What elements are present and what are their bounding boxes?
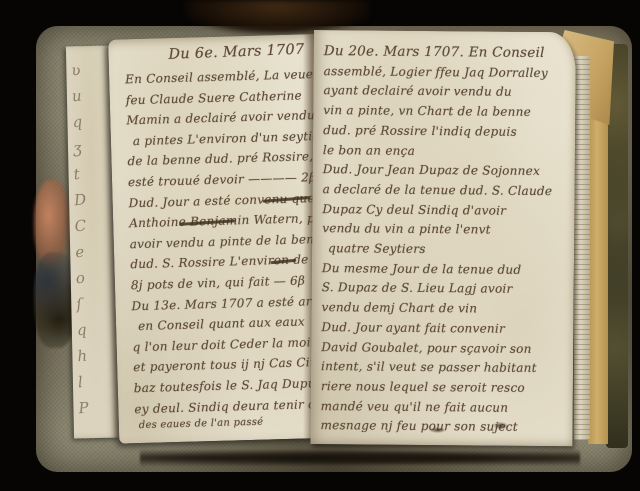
stroke-fragment: P: [77, 393, 109, 422]
manuscript-line: Dud. Jour ayant fait convenir: [321, 318, 571, 340]
right-page-text: Du 20e. Mars 1707. En Conseil assemblé, …: [320, 42, 573, 438]
page-heading: Du 20e. Mars 1707. En Conseil: [324, 42, 574, 64]
manuscript-line: intent, s'il veut se passer habitant: [321, 357, 571, 379]
left-page-text: Du 6e. Mars 1707 En Conseil assemblé, La…: [124, 42, 325, 432]
stroke-fragment: e: [74, 237, 106, 266]
manuscript-line: Du mesme Jour de la tenue dud: [322, 259, 572, 281]
right-page: Du 20e. Mars 1707. En Conseil assemblé, …: [310, 30, 576, 446]
manuscript-line: riere nous lequel se seroit resco: [321, 377, 571, 399]
manuscript-line: assemblé, Logier ffeu Jaq Dorralley: [324, 62, 574, 84]
manuscript-book-photo: ʋ u q ʒ t D C e o ſ q h l P Du 6e. Mars …: [0, 0, 640, 491]
manuscript-line: Dupaz Cy deul Sindiq d'avoir: [322, 200, 572, 222]
stroke-fragment: h: [76, 341, 108, 370]
stroke-fragment: o: [75, 263, 107, 292]
page-edge-stack: [574, 56, 590, 440]
manuscript-line: vin a pinte, vn Chart de la benne: [323, 101, 573, 123]
manuscript-line: a declaré de la tenue dud. S. Claude: [323, 180, 573, 202]
stroke-fragment: C: [74, 211, 106, 240]
cover-bottom-stains: [140, 447, 580, 469]
stroke-fragment: q: [76, 315, 108, 344]
manuscript-line: mesnage nj feu pour son suject: [320, 416, 570, 438]
stroke-fragment: ſ: [75, 289, 107, 318]
stroke-fragment: ʒ: [72, 133, 104, 162]
stroke-fragment: t: [72, 159, 104, 188]
stroke-fragment: q: [71, 107, 103, 136]
spine-top-shadow: [185, 0, 370, 34]
manuscript-line: mandé veu qu'il ne fait aucun: [321, 397, 571, 419]
manuscript-line: dud. pré Rossire l'indiq depuis: [323, 121, 573, 143]
manuscript-line: vendu du vin a pinte l'envt: [322, 219, 572, 241]
manuscript-line: David Goubalet, pour sçavoir son: [321, 338, 571, 360]
ink-smudge: [493, 422, 509, 430]
manuscript-line: ayant declairé avoir vendu du: [323, 81, 573, 103]
manuscript-line: vendu demj Chart de vin: [321, 298, 571, 320]
stroke-fragment: ʋ: [70, 55, 102, 84]
manuscript-line: S. Dupaz de S. Lieu Lagj avoir: [322, 279, 572, 301]
stroke-fragment: D: [73, 185, 105, 214]
manuscript-line: quatre Seytiers: [328, 239, 572, 261]
left-page: Du 6e. Mars 1707 En Conseil assemblé, La…: [108, 34, 327, 444]
stroke-fragment: u: [71, 81, 103, 110]
manuscript-line: le bon an ença: [323, 141, 573, 163]
stroke-fragment: l: [77, 367, 109, 396]
ink-smudge: [428, 427, 446, 433]
margin-stroke-fragments: ʋ u q ʒ t D C e o ſ q h l P: [71, 56, 109, 421]
page-heading: Du 6e. Mars 1707: [168, 41, 315, 63]
manuscript-line: Dud. Jour Jean Dupaz de Sojonnex: [323, 160, 573, 182]
